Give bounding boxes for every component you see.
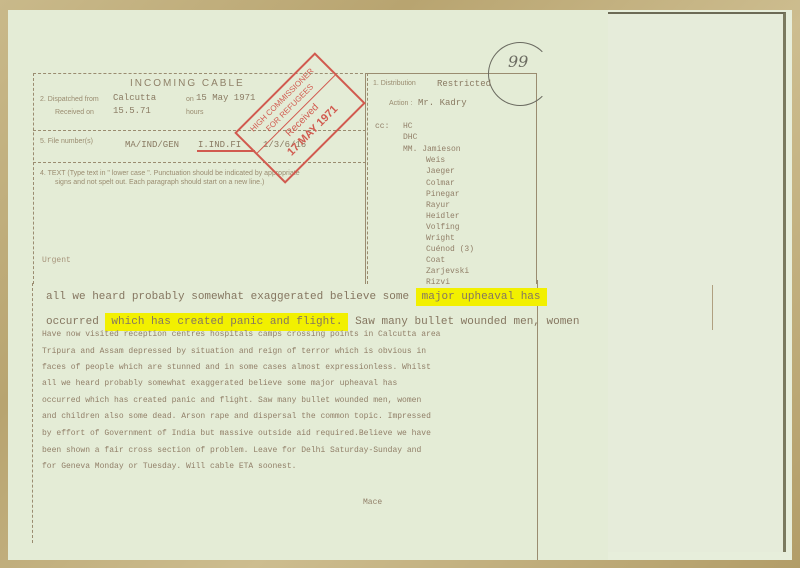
- action-value: Mr. Kadry: [418, 98, 467, 108]
- on-label: on: [186, 96, 194, 103]
- file-number-label: 5. File number(s): [40, 138, 93, 145]
- excerpt-text: all we heard probably somewhat exaggerat…: [46, 291, 416, 303]
- cc-item: Rizvi: [426, 278, 450, 287]
- margin-line: [32, 283, 33, 543]
- action-label: Action :: [389, 100, 412, 107]
- cc-item: DHC: [403, 133, 417, 142]
- received-on: 15.5.71: [113, 106, 151, 116]
- signature: Mace: [363, 498, 382, 507]
- form-divider-2: [33, 162, 366, 163]
- cc-item: Cuénod (3): [426, 245, 474, 254]
- cc-item: Wright: [426, 234, 455, 243]
- body-line: occurred which has created panic and fli…: [42, 396, 421, 405]
- body-line: faces of people which are stunned and in…: [42, 363, 431, 372]
- page-number: 99: [508, 52, 528, 71]
- cc-item: Weis: [426, 156, 445, 165]
- cc-item: Coat: [426, 256, 445, 265]
- cc-item: Rayur: [426, 201, 450, 210]
- cc-item: Volfing: [426, 223, 460, 232]
- right-margin-line: [712, 285, 713, 330]
- cc-item: Colmar: [426, 179, 455, 188]
- body-line: and children also some dead. Arson rape …: [42, 412, 431, 421]
- body-line: been shown a fair cross section of probl…: [42, 446, 421, 455]
- distribution-label: 1. Distribution: [373, 80, 416, 87]
- red-underline: [197, 150, 255, 152]
- body-line: Tripura and Assam depressed by situation…: [42, 347, 426, 356]
- dispatched-on: 15 May 1971: [196, 93, 255, 103]
- excerpt-line-1: all we heard probably somewhat exaggerat…: [46, 291, 547, 303]
- highlighted-text: which has created panic and flight.: [105, 313, 348, 331]
- cc-label: cc:: [375, 122, 389, 131]
- body-line: all we heard probably somewhat exaggerat…: [42, 379, 397, 388]
- priority-label: Urgent: [42, 256, 71, 265]
- cc-item: Heidler: [426, 212, 460, 221]
- form-title: INCOMING CABLE: [130, 78, 245, 89]
- file-number-2: I.IND.FI: [198, 140, 241, 150]
- excerpt-line-2: occurred which has created panic and fli…: [46, 316, 580, 328]
- cc-item: MM. Jamieson: [403, 145, 461, 154]
- cc-item: Zarjevski: [426, 267, 469, 276]
- text-instructions: 4. TEXT (Type text in " lower case ". Pu…: [40, 170, 300, 177]
- distribution-value: Restricted: [437, 79, 491, 89]
- excerpt-text: occurred: [46, 316, 105, 328]
- dispatched-label: 2. Dispatched from: [40, 96, 99, 103]
- file-number-1: MA/IND/GEN: [125, 140, 179, 150]
- body-line: by effort of Government of India but mas…: [42, 429, 431, 438]
- body-line: for Geneva Monday or Tuesday. Will cable…: [42, 462, 296, 471]
- cc-item: Pinegar: [426, 190, 460, 199]
- hours-label: hours: [186, 109, 204, 116]
- cc-item: HC: [403, 122, 413, 131]
- cc-item: Jaeger: [426, 167, 455, 176]
- dispatched-from: Calcutta: [113, 93, 156, 103]
- text-instructions-2: signs and not spelt out. Each paragraph …: [55, 179, 264, 186]
- highlighted-text: major upheaval has: [416, 288, 547, 306]
- received-label: Received on: [55, 109, 94, 116]
- body-line: Have now visited reception centres hospi…: [42, 330, 440, 339]
- excerpt-text: Saw many bullet wounded men, women: [348, 316, 579, 328]
